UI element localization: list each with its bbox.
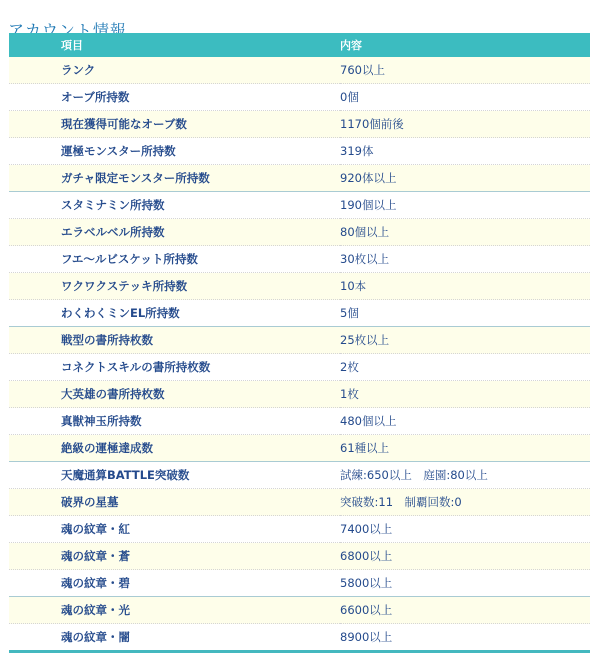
table-row: フエ〜ルビスケット所持数30枚以上 — [9, 246, 590, 273]
table-row: スタミナミン所持数190個以上 — [9, 192, 590, 219]
row-item-label: 運極モンスター所持数 — [9, 138, 340, 165]
table-row: 魂の紋章・蒼6800以上 — [9, 543, 590, 570]
row-value: 760以上 — [340, 57, 590, 84]
table-row: オーブ所持数0個 — [9, 84, 590, 111]
header-content: 内容 — [340, 33, 590, 57]
row-value: 190個以上 — [340, 192, 590, 219]
row-item-label: オーブ所持数 — [9, 84, 340, 111]
row-item-label: ランク — [9, 57, 340, 84]
row-value: 6600以上 — [340, 597, 590, 624]
table-row: わくわくミンEL所持数5個 — [9, 300, 590, 327]
table-row: ランク760以上 — [9, 57, 590, 84]
row-value: 8900以上 — [340, 624, 590, 652]
table-row: エラベルベル所持数80個以上 — [9, 219, 590, 246]
row-item-label: 天魔通算BATTLE突破数 — [9, 462, 340, 489]
row-item-label: エラベルベル所持数 — [9, 219, 340, 246]
row-value: 319体 — [340, 138, 590, 165]
row-value: 5800以上 — [340, 570, 590, 597]
row-item-label: 絶級の運極達成数 — [9, 435, 340, 462]
table-row: ワクワクステッキ所持数10本 — [9, 273, 590, 300]
row-value: 1枚 — [340, 381, 590, 408]
table-row: 絶級の運極達成数61種以上 — [9, 435, 590, 462]
row-item-label: 魂の紋章・蒼 — [9, 543, 340, 570]
row-value: 920体以上 — [340, 165, 590, 192]
row-item-label: コネクトスキルの書所持枚数 — [9, 354, 340, 381]
row-item-label: 大英雄の書所持枚数 — [9, 381, 340, 408]
row-item-label: 魂の紋章・闇 — [9, 624, 340, 652]
row-value: 30枚以上 — [340, 246, 590, 273]
table-row: 魂の紋章・碧5800以上 — [9, 570, 590, 597]
row-value: 10本 — [340, 273, 590, 300]
row-value: 2枚 — [340, 354, 590, 381]
row-value: 1170個前後 — [340, 111, 590, 138]
row-value: 突破数:11 制覇回数:0 — [340, 489, 590, 516]
table-row: 現在獲得可能なオーブ数1170個前後 — [9, 111, 590, 138]
row-value: 25枚以上 — [340, 327, 590, 354]
row-value: 480個以上 — [340, 408, 590, 435]
table-row: 大英雄の書所持枚数1枚 — [9, 381, 590, 408]
row-item-label: ワクワクステッキ所持数 — [9, 273, 340, 300]
row-item-label: スタミナミン所持数 — [9, 192, 340, 219]
row-value: 5個 — [340, 300, 590, 327]
row-item-label: フエ〜ルビスケット所持数 — [9, 246, 340, 273]
table-row: 戦型の書所持枚数25枚以上 — [9, 327, 590, 354]
table-row: 運極モンスター所持数319体 — [9, 138, 590, 165]
row-item-label: わくわくミンEL所持数 — [9, 300, 340, 327]
row-value: 6800以上 — [340, 543, 590, 570]
table-row: 魂の紋章・紅7400以上 — [9, 516, 590, 543]
table-row: 天魔通算BATTLE突破数試練:650以上 庭園:80以上 — [9, 462, 590, 489]
table-row: ガチャ限定モンスター所持数920体以上 — [9, 165, 590, 192]
row-value: 80個以上 — [340, 219, 590, 246]
row-item-label: 魂の紋章・碧 — [9, 570, 340, 597]
table-row: 破界の星墓突破数:11 制覇回数:0 — [9, 489, 590, 516]
row-item-label: 戦型の書所持枚数 — [9, 327, 340, 354]
row-item-label: 破界の星墓 — [9, 489, 340, 516]
account-info-table: 項目 内容 ランク760以上オーブ所持数0個現在獲得可能なオーブ数1170個前後… — [9, 33, 590, 653]
row-value: 61種以上 — [340, 435, 590, 462]
row-item-label: 魂の紋章・光 — [9, 597, 340, 624]
row-value: 7400以上 — [340, 516, 590, 543]
row-item-label: 魂の紋章・紅 — [9, 516, 340, 543]
row-value: 0個 — [340, 84, 590, 111]
row-item-label: 真獣神玉所持数 — [9, 408, 340, 435]
table-row: コネクトスキルの書所持枚数2枚 — [9, 354, 590, 381]
row-value: 試練:650以上 庭園:80以上 — [340, 462, 590, 489]
table-row: 魂の紋章・闇8900以上 — [9, 624, 590, 652]
row-item-label: ガチャ限定モンスター所持数 — [9, 165, 340, 192]
table-row: 真獣神玉所持数480個以上 — [9, 408, 590, 435]
table-header-row: 項目 内容 — [9, 33, 590, 57]
row-item-label: 現在獲得可能なオーブ数 — [9, 111, 340, 138]
table-row: 魂の紋章・光6600以上 — [9, 597, 590, 624]
header-item: 項目 — [9, 33, 340, 57]
